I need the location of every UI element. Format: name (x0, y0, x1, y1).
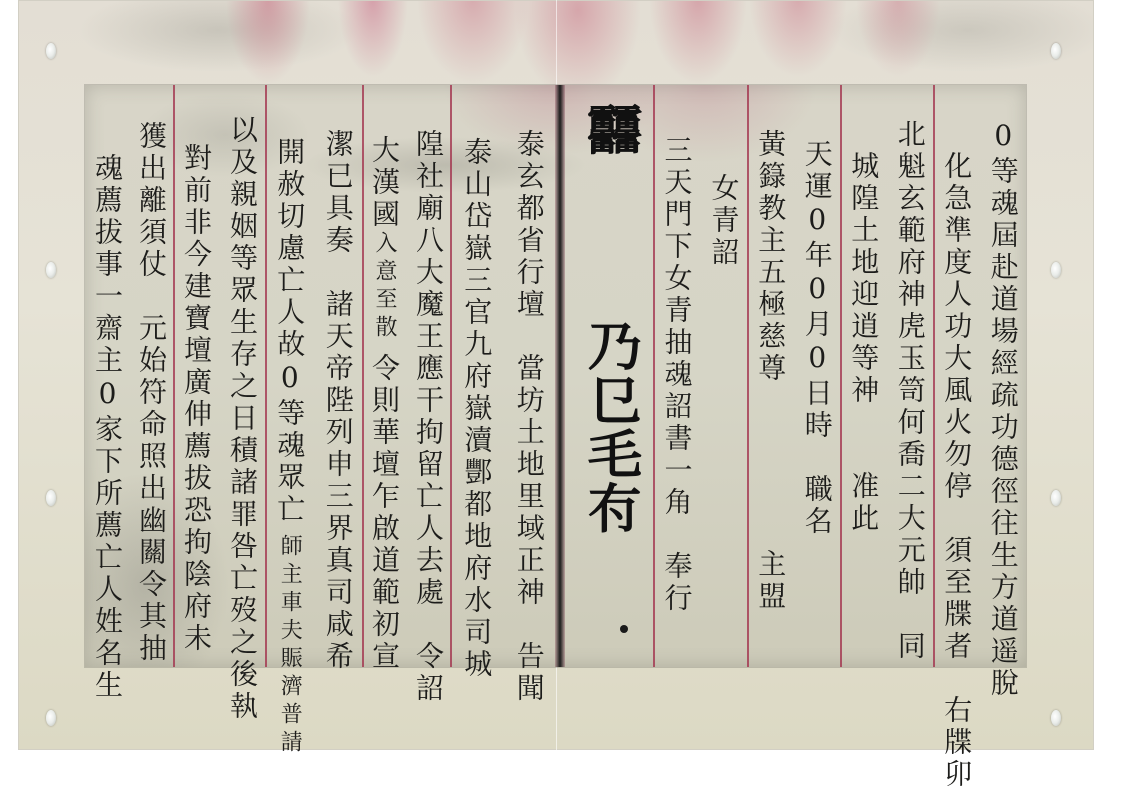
right-page-column-2: 北魁玄範府神虎玉笥何喬二大元帥 同 城隍土地迎逍等神 准此 (840, 85, 933, 685)
decree-title: 女青詔 (707, 103, 741, 685)
text-line: 天運0年0月0日時 職名 (800, 103, 834, 685)
right-page-column-4: 女青詔 三天門下女青抽魂詔書一角 奉行 (653, 85, 747, 685)
binding-hole-icon (46, 710, 56, 726)
left-page-column-5: 獲出離須仗 元始符命照出幽關令其抽 魂薦拔事一齋主0家下所薦亡人姓名生 (85, 85, 173, 685)
text-line: 獲出離須仗 元始符命照出幽關令其抽 (134, 103, 168, 685)
text-line: 對前非今建寶壇廣伸薦拔恐拘陰府未 (179, 103, 213, 685)
text-line: 潔已具奏 諸天帝陛列申三界真司咸希 (321, 103, 355, 685)
binding-hole-icon (46, 43, 56, 59)
left-page-column-2: 隍社廟八大魔王應干拘留亡人去處 令詔 大漢國 入意至散 令則華壇乍啟道範初宣 (362, 85, 450, 685)
text-line: 北魁玄範府神虎玉笥何喬二大元帥 同 (893, 103, 927, 685)
annotation-small: 入意至散 (367, 231, 401, 343)
text-line: 黃籙教主五極慈尊 (753, 103, 787, 385)
text-line: 城隍土地迎逍等神 准此 (846, 103, 880, 685)
text-line: 0等魂屆赴道場經疏功德徑往生方道遥脫 (986, 103, 1020, 685)
center-fold (555, 85, 565, 667)
binding-hole-icon (1051, 43, 1061, 59)
left-page-column-3b: 開赦切慮亡人故0等魂眾亡 師主車夫賑濟普請 (272, 103, 306, 685)
text-line: 泰山岱嶽三官九府嶽瀆酆都地府水司城 (459, 103, 493, 685)
text-line: 隍社廟八大魔王應干拘留亡人去處 令詔 (411, 103, 445, 685)
left-page-column-2b: 大漢國 入意至散 令則華壇乍啟道範初宣 (367, 103, 401, 685)
binding-hole-icon (1051, 490, 1061, 506)
ink-dot (620, 625, 628, 633)
text-line: 開赦切慮亡人故0等魂眾亡 (272, 137, 306, 526)
left-page-column-4: 以及親姻等眾生存之日積諸罪咎亡歿之後執 對前非今建寶壇廣伸薦拔恐拘陰府未 (173, 85, 265, 685)
left-page-column-1: 泰玄都省行壇 當坊土地里域正神 告聞 泰山岱嶽三官九府嶽瀆酆都地府水司城 (450, 85, 555, 685)
binding-hole-icon (1051, 710, 1061, 726)
text-line: 泰玄都省行壇 當坊土地里域正神 告聞 (512, 103, 546, 685)
text-line: 大漢國 (367, 135, 401, 231)
left-page-column-3: 潔已具奏 諸天帝陛列申三界真司咸希 開赦切慮亡人故0等魂眾亡 師主車夫賑濟普請 (265, 85, 362, 685)
right-page-column-1: 0等魂屆赴道場經疏功德徑往生方道遥脫 化急準度人功大風火勿停 須至牒者 右牒卯 (933, 85, 1026, 685)
text-line: 三天門下女青抽魂詔書一角 奉行 (660, 103, 694, 685)
right-page-column-3b: 黃籙教主五極慈尊 主盟 (753, 103, 787, 643)
annotation-small: 師主車夫賑濟普請 (272, 526, 306, 758)
binding-hole-icon (46, 262, 56, 278)
talisman-column: 䨻𪛖𪚥𠔻乃㔾毛𠕇 (565, 85, 653, 685)
manuscript-sheet: 0等魂屆赴道場經疏功德徑往生方道遥脫 化急準度人功大風火勿停 須至牒者 右牒卯 … (85, 85, 1026, 667)
binding-hole-icon (1051, 262, 1061, 278)
presiding-signature: 主盟 (753, 549, 787, 643)
text-line: 魂薦拔事一齋主0家下所薦亡人姓名生 (90, 103, 124, 685)
talisman-seal-glyphs: 䨻𪛖𪚥𠔻乃㔾毛𠕇 (578, 103, 641, 685)
right-page-column-3: 天運0年0月0日時 職名 黃籙教主五極慈尊 主盟 (747, 85, 840, 685)
binding-hole-icon (46, 490, 56, 506)
text-line: 以及親姻等眾生存之日積諸罪咎亡歿之後執 (225, 103, 259, 685)
text-line: 化急準度人功大風火勿停 須至牒者 右牒卯 (939, 103, 973, 685)
text-line: 令則華壇乍啟道範初宣 (367, 343, 401, 673)
